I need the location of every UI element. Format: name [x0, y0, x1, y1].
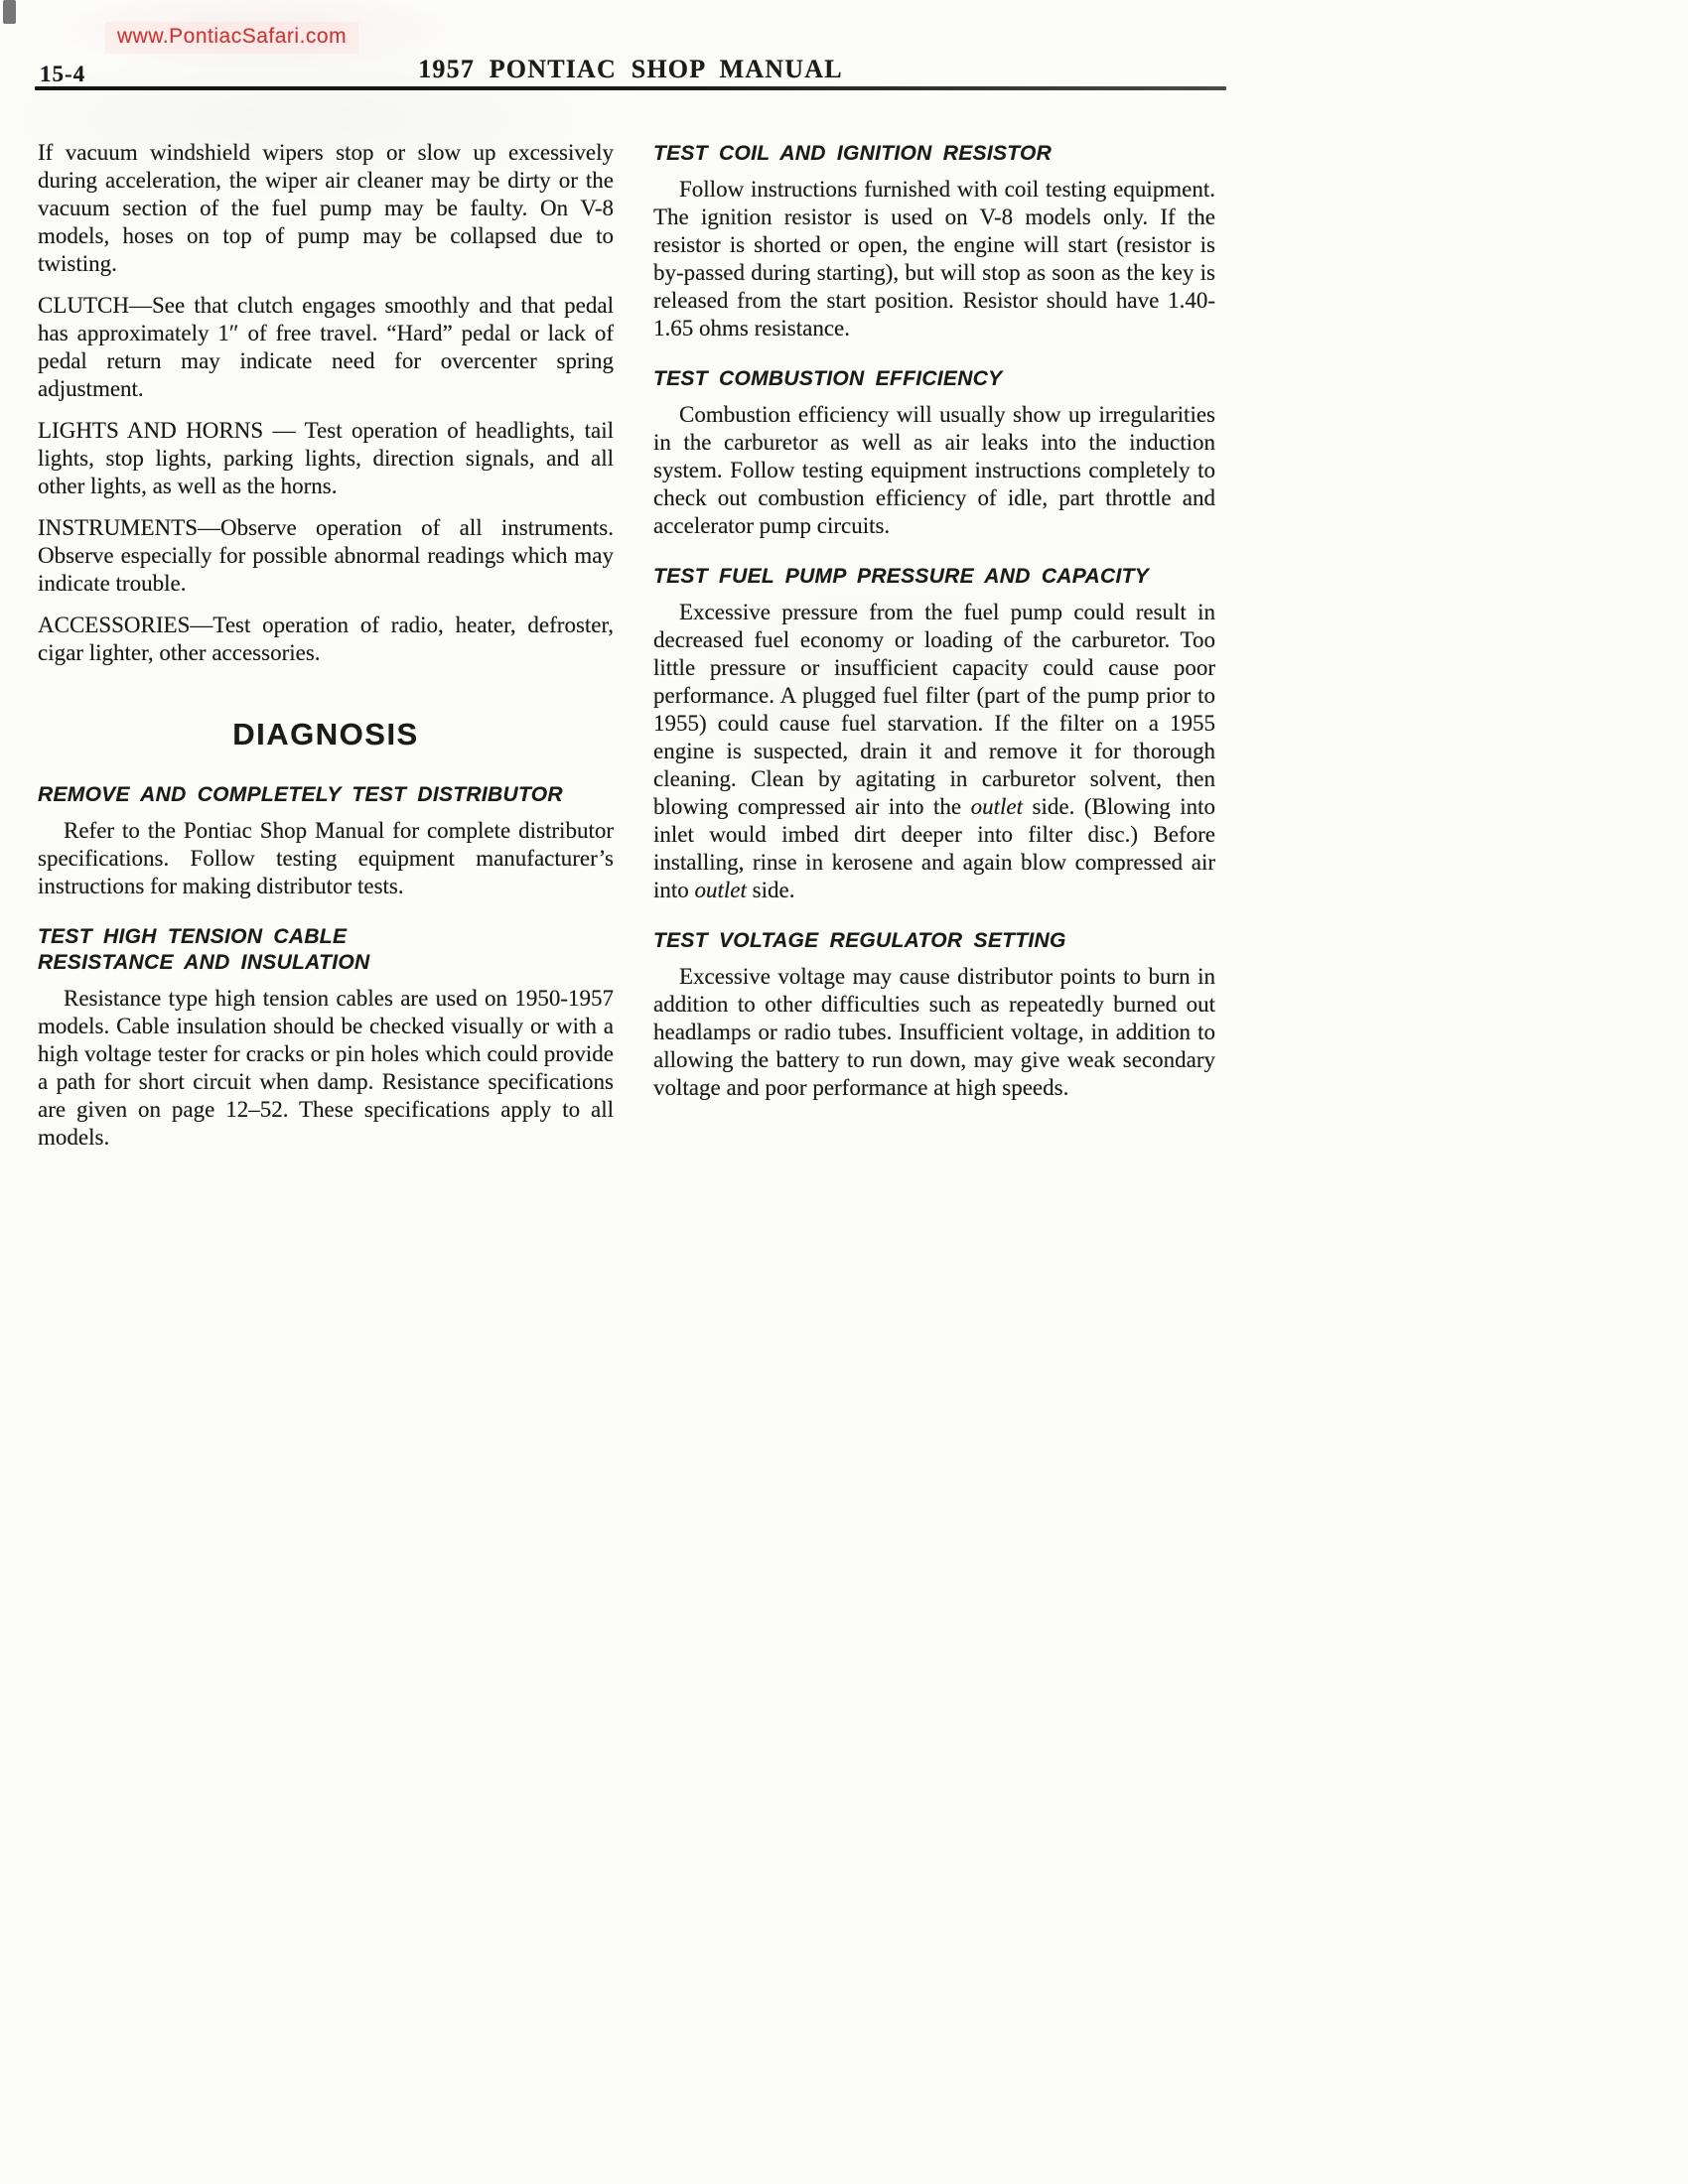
manual-page: www.PontiacSafari.com 15-4 1957 PONTIAC …	[0, 0, 1688, 2184]
paragraph-coil-resistor: Follow instructions furnished with coil …	[653, 176, 1215, 342]
paragraph-test-distributor: Refer to the Pontiac Shop Manual for com…	[38, 817, 614, 900]
paragraph-voltage-regulator: Excessive voltage may cause distributor …	[653, 963, 1215, 1102]
paragraph-instruments: INSTRUMENTS—Observe operation of all ins…	[38, 514, 614, 598]
section-heading-coil-resistor: TEST COIL AND IGNITION RESISTOR	[653, 141, 1215, 167]
section-heading-test-distributor: REMOVE AND COMPLETELY TEST DISTRIBUTOR	[38, 782, 614, 808]
paragraph-high-tension-cable: Resistance type high tension cables are …	[38, 985, 614, 1152]
section-heading-line-1: TEST HIGH TENSION CABLE	[38, 924, 614, 950]
scan-artifact-smudge	[3, 0, 16, 24]
header-rule	[35, 86, 1226, 90]
section-heading-combustion-efficiency: TEST COMBUSTION EFFICIENCY	[653, 366, 1215, 392]
diagnosis-heading: DIAGNOSIS	[38, 717, 614, 752]
right-column: TEST COIL AND IGNITION RESISTOR Follow i…	[653, 139, 1215, 1165]
paragraph-combustion-efficiency: Combustion efficiency will usually show …	[653, 401, 1215, 540]
paragraph-lights-and-horns: LIGHTS AND HORNS — Test operation of hea…	[38, 417, 614, 500]
page-title: 1957 PONTIAC SHOP MANUAL	[35, 55, 1226, 84]
paragraph-windshield-wipers: If vacuum windshield wipers stop or slow…	[38, 139, 614, 278]
section-heading-voltage-regulator: TEST VOLTAGE REGULATOR SETTING	[653, 928, 1215, 954]
paragraph-fuel-pump: Excessive pressure from the fuel pump co…	[653, 599, 1215, 904]
section-heading-high-tension-cable: TEST HIGH TENSION CABLE RESISTANCE AND I…	[38, 924, 614, 976]
section-heading-fuel-pump: TEST FUEL PUMP PRESSURE AND CAPACITY	[653, 564, 1215, 590]
paragraph-accessories: ACCESSORIES—Test operation of radio, hea…	[38, 612, 614, 667]
watermark-url: www.PontiacSafari.com	[105, 22, 358, 54]
left-column: If vacuum windshield wipers stop or slow…	[38, 139, 614, 1165]
page-body: If vacuum windshield wipers stop or slow…	[38, 139, 1215, 1165]
paragraph-clutch: CLUTCH—See that clutch engages smoothly …	[38, 292, 614, 403]
section-heading-line-2: RESISTANCE AND INSULATION	[38, 950, 614, 976]
